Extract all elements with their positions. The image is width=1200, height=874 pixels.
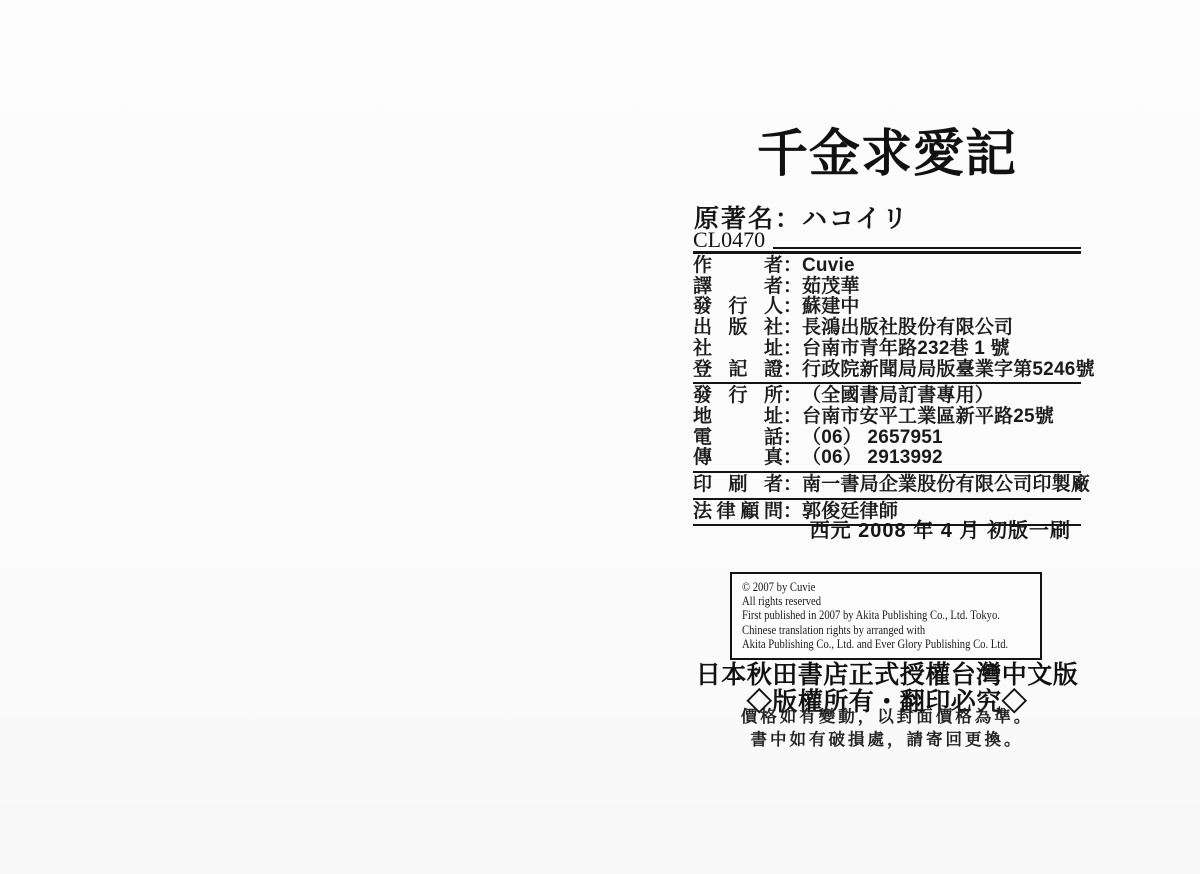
copyright-notice-box: © 2007 by CuvieAll rights reservedFirst … [730, 572, 1042, 660]
row-colon: ： [783, 386, 802, 407]
row-value: 行政院新聞局局版臺業字第5246號 [802, 360, 1095, 381]
publication-info-table: 作者：Cuvie譯者：茹茂華發行人：蘇建中出版社：長鴻出版社股份有限公司社址：台… [693, 251, 1081, 526]
row-colon: ： [783, 339, 802, 360]
table-row: 地址：台南市安平工業區新平路25號 [693, 407, 1081, 428]
reader-notes: 價格如有變動，以封面價格為準。書中如有破損處，請寄回更換。 [693, 705, 1081, 751]
table-row: 登記證：行政院新聞局局版臺業字第5246號 [693, 360, 1081, 381]
row-colon: ： [783, 428, 802, 449]
row-value: 茹茂華 [802, 277, 1081, 298]
copyright-line: All rights reserved [742, 594, 987, 608]
rule-line [773, 246, 1081, 249]
row-value: 長鴻出版社股份有限公司 [802, 318, 1081, 339]
row-value: （全國書局訂書專用） [802, 386, 1081, 407]
table-row: 傳真：（06） 2913992 [693, 448, 1081, 469]
row-colon: ： [783, 360, 802, 381]
row-value: （06） 2913992 [802, 448, 1081, 469]
table-row: 電話：（06） 2657951 [693, 428, 1081, 449]
row-value: 蘇建中 [802, 297, 1081, 318]
row-value: Cuvie [802, 256, 1081, 277]
row-label: 傳真 [693, 448, 783, 469]
row-label: 印刷者 [693, 475, 783, 496]
row-value: 台南市青年路232巷 1 號 [802, 339, 1081, 360]
row-colon: ： [783, 256, 802, 277]
table-row: 社址：台南市青年路232巷 1 號 [693, 339, 1081, 360]
note-line: 書中如有破損處，請寄回更換。 [693, 728, 1081, 751]
row-colon: ： [783, 297, 802, 318]
copyright-line: © 2007 by Cuvie [742, 580, 987, 594]
table-row: 譯者：茹茂華 [693, 277, 1081, 298]
row-label: 發行所 [693, 386, 783, 407]
row-label: 發行人 [693, 297, 783, 318]
row-label: 電話 [693, 428, 783, 449]
note-line: 價格如有變動，以封面價格為準。 [693, 705, 1081, 728]
table-row: 印刷者：南一書局企業股份有限公司印製廠 [693, 471, 1081, 496]
row-label: 出版社 [693, 318, 783, 339]
row-label: 譯者 [693, 277, 783, 298]
copyright-line: First published in 2007 by Akita Publish… [742, 608, 987, 622]
row-value: 台南市安平工業區新平路25號 [802, 407, 1081, 428]
row-label: 作者 [693, 256, 783, 277]
catalog-code: CL0470 [693, 227, 765, 253]
table-row: 發行所：（全國書局訂書專用） [693, 382, 1081, 407]
row-colon: ： [783, 448, 802, 469]
table-row: 發行人：蘇建中 [693, 297, 1081, 318]
row-colon: ： [783, 277, 802, 298]
copyright-line: Chinese translation rights by arranged w… [742, 623, 987, 637]
catalog-code-row: CL0470 [693, 227, 1081, 253]
edition-date-line: 西元 2008 年 4 月 初版一刷 [693, 514, 1081, 543]
table-row: 出版社：長鴻出版社股份有限公司 [693, 318, 1081, 339]
row-colon: ： [783, 318, 802, 339]
row-colon: ： [783, 407, 802, 428]
table-row: 作者：Cuvie [693, 256, 1081, 277]
copyright-line: Akita Publishing Co., Ltd. and Ever Glor… [742, 637, 987, 651]
row-value: 南一書局企業股份有限公司印製廠 [802, 475, 1090, 496]
scanned-colophon-page: 千金求愛記 原著名：ハコイリ CL0470 作者：Cuvie譯者：茹茂華發行人：… [0, 0, 1200, 874]
book-title: 千金求愛記 [693, 112, 1081, 186]
row-label: 地址 [693, 407, 783, 428]
row-label: 社址 [693, 339, 783, 360]
row-label: 登記證 [693, 360, 783, 381]
row-value: （06） 2657951 [802, 428, 1081, 449]
row-colon: ： [783, 475, 802, 496]
